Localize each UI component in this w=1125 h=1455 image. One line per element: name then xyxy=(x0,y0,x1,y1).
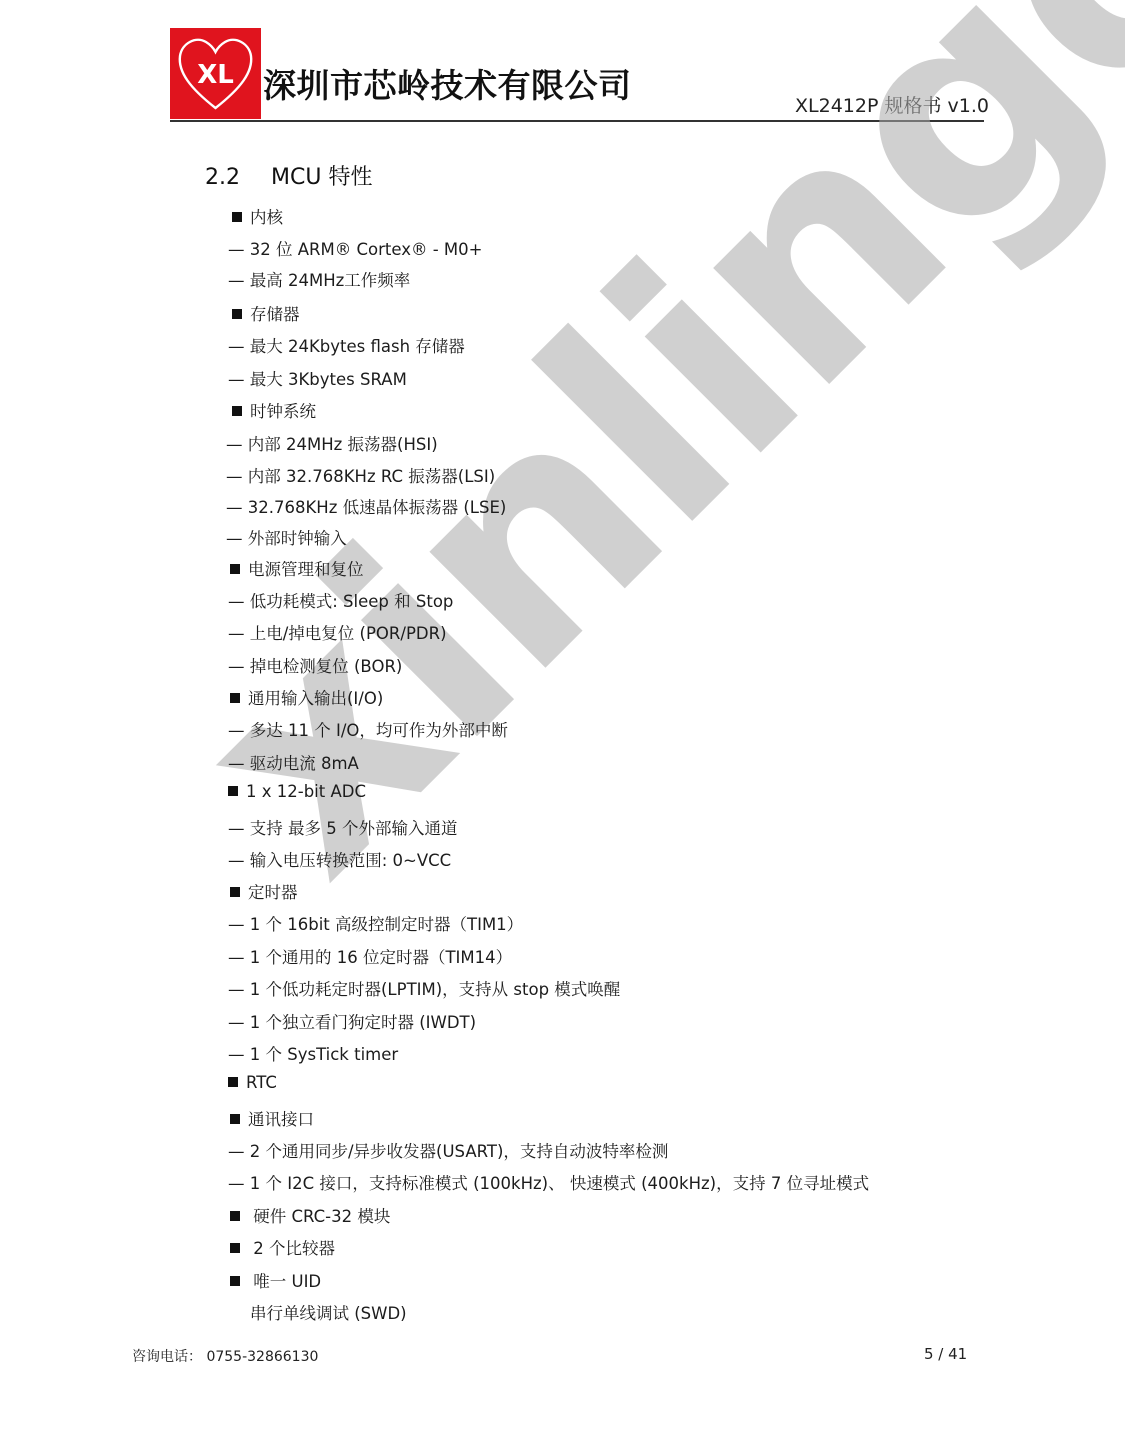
feature-text: — 上电/掉电复位 (POR/PDR) xyxy=(228,624,447,643)
company-logo: XL xyxy=(170,28,261,119)
square-bullet-icon xyxy=(230,1276,240,1286)
feature-text: — 2 个通用同步/异步收发器(USART)，支持自动波特率检测 xyxy=(228,1142,668,1161)
logo-text: XL xyxy=(197,60,234,90)
feature-text: — 内部 24MHz 振荡器(HSI) xyxy=(226,435,438,454)
feature-text: 电源管理和复位 xyxy=(248,560,364,579)
feature-item: — 1 个 16bit 高级控制定时器（TIM1） xyxy=(228,911,523,935)
feature-item: — 最高 24MHz工作频率 xyxy=(228,267,410,291)
feature-text: — 外部时钟输入 xyxy=(226,529,347,548)
feature-text: 通讯接口 xyxy=(248,1110,314,1129)
feature-item: — 内部 32.768KHz RC 振荡器(LSI) xyxy=(226,463,495,487)
square-bullet-icon xyxy=(230,1211,240,1221)
feature-text: — 1 个 SysTick timer xyxy=(228,1045,398,1064)
feature-text: — 1 个 16bit 高级控制定时器（TIM1） xyxy=(228,915,523,934)
feature-text: — 支持 最多 5 个外部输入通道 xyxy=(228,819,457,838)
feature-item: — 掉电检测复位 (BOR) xyxy=(228,653,402,677)
feature-text: — 1 个低功耗定时器(LPTIM)，支持从 stop 模式唤醒 xyxy=(228,980,620,999)
square-bullet-icon xyxy=(228,1077,238,1087)
feature-item: — 1 个 SysTick timer xyxy=(228,1041,398,1065)
section-heading: 2.2MCU 特性 xyxy=(205,160,372,191)
feature-text: 硬件 CRC-32 模块 xyxy=(248,1207,390,1226)
feature-text: 唯一 UID xyxy=(248,1272,321,1291)
feature-item: — 驱动电流 8mA xyxy=(228,750,359,774)
feature-category: 内核 xyxy=(232,204,283,228)
feature-item: — 输入电压转换范围: 0~VCC xyxy=(228,847,451,871)
feature-category: RTC xyxy=(228,1073,277,1092)
header-divider xyxy=(170,120,984,122)
square-bullet-icon xyxy=(232,309,242,319)
feature-category: 硬件 CRC-32 模块 xyxy=(230,1203,390,1227)
feature-text: 串行单线调试 (SWD) xyxy=(250,1304,407,1323)
feature-text: RTC xyxy=(246,1073,277,1092)
feature-category: 1 x 12-bit ADC xyxy=(228,782,366,801)
feature-item: — 支持 最多 5 个外部输入通道 xyxy=(228,815,457,839)
feature-item: — 1 个低功耗定时器(LPTIM)，支持从 stop 模式唤醒 xyxy=(228,976,620,1000)
feature-text: 存储器 xyxy=(250,305,300,324)
square-bullet-icon xyxy=(230,887,240,897)
feature-text: — 驱动电流 8mA xyxy=(228,754,359,773)
feature-text: 通用输入输出(I/O) xyxy=(248,689,383,708)
feature-category: 通讯接口 xyxy=(230,1106,314,1130)
feature-category: 通用输入输出(I/O) xyxy=(230,685,383,709)
feature-text: — 1 个通用的 16 位定时器（TIM14） xyxy=(228,948,512,967)
footer-contact: 咨询电话： 0755-32866130 xyxy=(132,1346,318,1366)
feature-text: — 1 个独立看门狗定时器 (IWDT) xyxy=(228,1013,476,1032)
company-name: 深圳市芯岭技术有限公司 xyxy=(263,60,632,107)
feature-text: — 1 个 I2C 接口，支持标准模式 (100kHz)、 快速模式 (400k… xyxy=(228,1174,869,1193)
feature-item: 串行单线调试 (SWD) xyxy=(250,1300,407,1324)
feature-category: 电源管理和复位 xyxy=(230,556,364,580)
feature-item: — 最大 24Kbytes flash 存储器 xyxy=(228,333,465,357)
feature-item: — 32 位 ARM® Cortex® - M0+ xyxy=(228,236,482,260)
feature-text: — 输入电压转换范围: 0~VCC xyxy=(228,851,451,870)
feature-text: — 低功耗模式: Sleep 和 Stop xyxy=(228,592,453,611)
feature-text: 时钟系统 xyxy=(250,402,316,421)
heart-logo-icon: XL xyxy=(170,28,261,119)
feature-text: — 掉电检测复位 (BOR) xyxy=(228,657,402,676)
square-bullet-icon xyxy=(230,1114,240,1124)
feature-item: — 外部时钟输入 xyxy=(226,525,347,549)
feature-text: — 32 位 ARM® Cortex® - M0+ xyxy=(228,240,482,259)
square-bullet-icon xyxy=(232,212,242,222)
feature-item: — 2 个通用同步/异步收发器(USART)，支持自动波特率检测 xyxy=(228,1138,668,1162)
feature-item: — 多达 11 个 I/O，均可作为外部中断 xyxy=(228,717,508,741)
feature-text: — 内部 32.768KHz RC 振荡器(LSI) xyxy=(226,467,495,486)
feature-text: — 最大 24Kbytes flash 存储器 xyxy=(228,337,465,356)
feature-text: 2 个比较器 xyxy=(248,1239,335,1258)
feature-item: — 1 个 I2C 接口，支持标准模式 (100kHz)、 快速模式 (400k… xyxy=(228,1170,869,1194)
feature-text: 1 x 12-bit ADC xyxy=(246,782,366,801)
feature-category: 存储器 xyxy=(232,301,300,325)
document-title: XL2412P 规格书 v1.0 xyxy=(795,91,989,118)
square-bullet-icon xyxy=(232,406,242,416)
footer-page-number: 5 / 41 xyxy=(924,1345,967,1363)
feature-category: 定时器 xyxy=(230,879,298,903)
square-bullet-icon xyxy=(230,693,240,703)
feature-item: — 低功耗模式: Sleep 和 Stop xyxy=(228,588,453,612)
feature-text: — 多达 11 个 I/O，均可作为外部中断 xyxy=(228,721,508,740)
feature-category: 唯一 UID xyxy=(230,1268,321,1292)
feature-text: 内核 xyxy=(250,208,283,227)
feature-text: — 32.768KHz 低速晶体振荡器 (LSE) xyxy=(226,498,506,517)
feature-text: 定时器 xyxy=(248,883,298,902)
feature-item: — 1 个通用的 16 位定时器（TIM14） xyxy=(228,944,512,968)
square-bullet-icon xyxy=(230,564,240,574)
section-title-text: MCU 特性 xyxy=(271,165,372,190)
feature-text: — 最大 3Kbytes SRAM xyxy=(228,370,407,389)
feature-item: — 内部 24MHz 振荡器(HSI) xyxy=(226,431,438,455)
square-bullet-icon xyxy=(228,786,238,796)
section-number: 2.2 xyxy=(205,165,271,190)
feature-item: — 1 个独立看门狗定时器 (IWDT) xyxy=(228,1009,476,1033)
feature-text: — 最高 24MHz工作频率 xyxy=(228,271,410,290)
square-bullet-icon xyxy=(230,1243,240,1253)
feature-item: — 上电/掉电复位 (POR/PDR) xyxy=(228,620,447,644)
feature-category: 时钟系统 xyxy=(232,398,316,422)
feature-item: — 32.768KHz 低速晶体振荡器 (LSE) xyxy=(226,494,506,518)
feature-item: — 最大 3Kbytes SRAM xyxy=(228,366,407,390)
feature-category: 2 个比较器 xyxy=(230,1235,335,1259)
